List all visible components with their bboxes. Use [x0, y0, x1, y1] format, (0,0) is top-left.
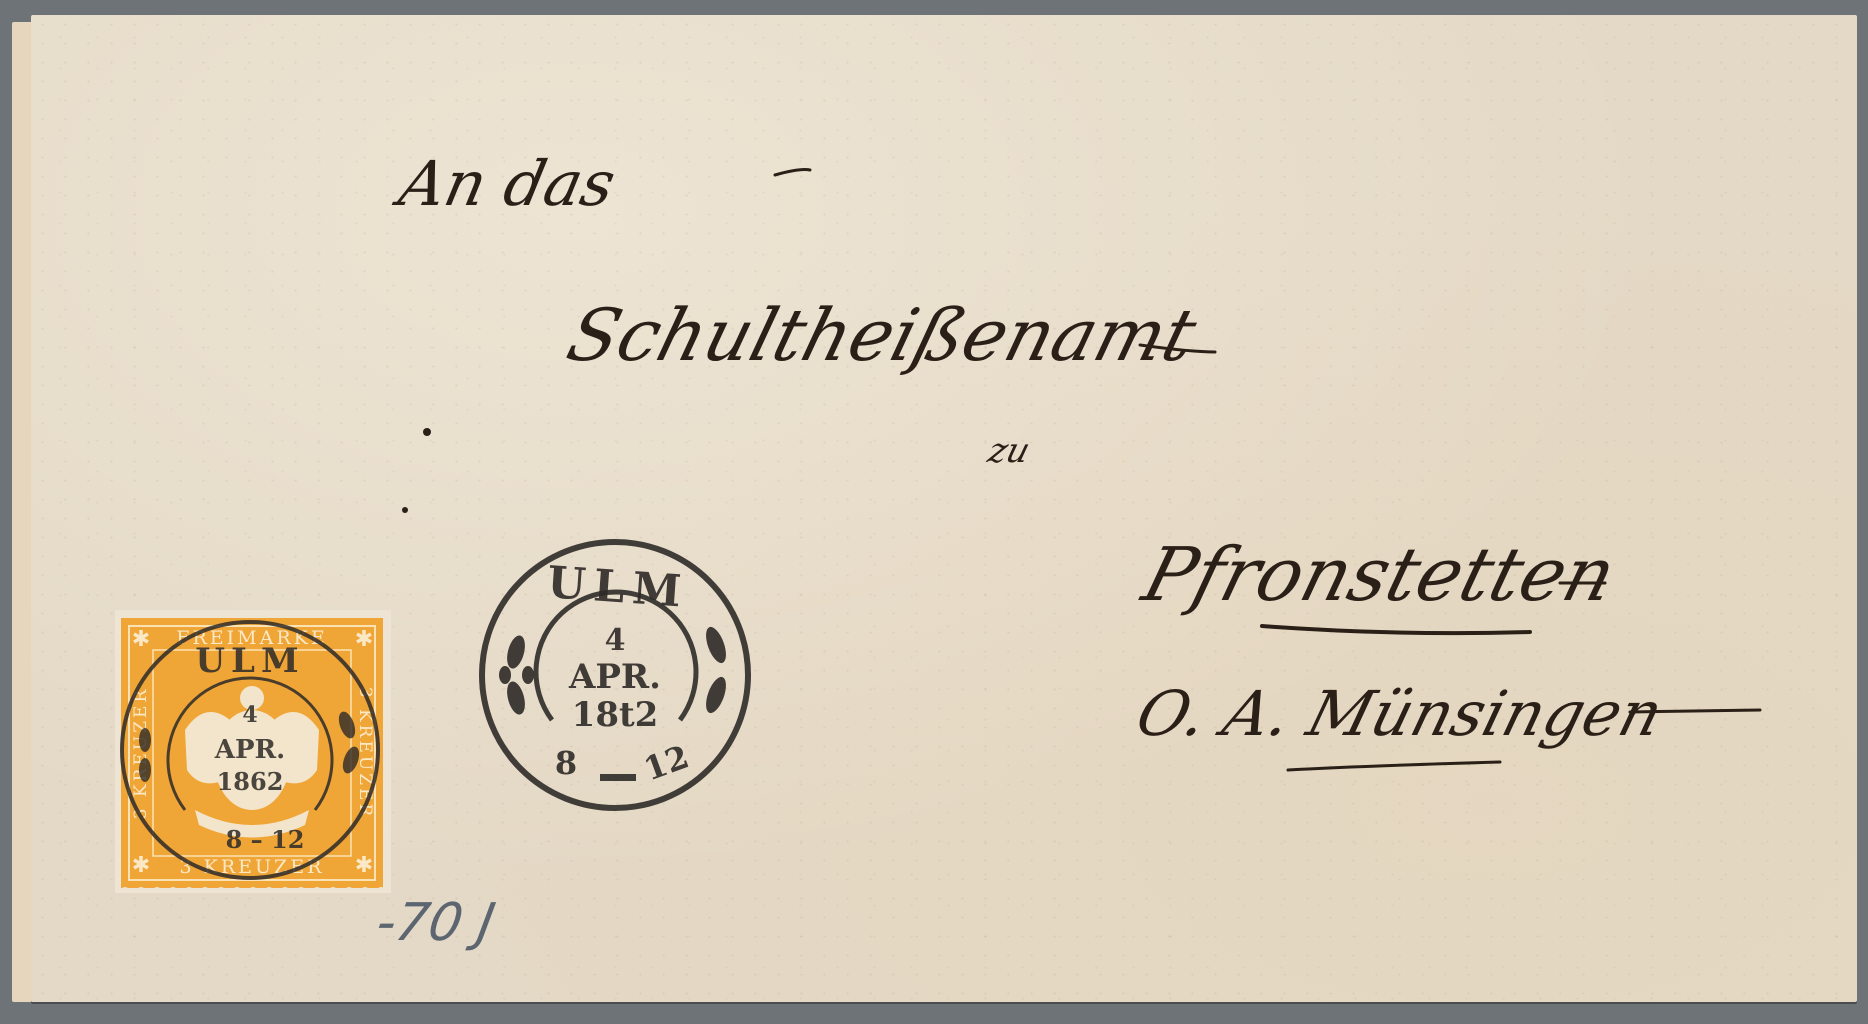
address-line-1: An das — [388, 148, 621, 220]
handwritten-address: An das Schultheißenamt zu Pfronstetten O… — [0, 0, 1868, 1024]
address-line-2: Schultheißenamt — [559, 294, 1205, 378]
pencil-note: -70 J — [372, 892, 499, 953]
address-line-5: O. A. Münsingen — [1129, 677, 1670, 750]
address-line-4: Pfronstetten — [1133, 531, 1625, 617]
address-line-3: zu — [983, 432, 1034, 471]
